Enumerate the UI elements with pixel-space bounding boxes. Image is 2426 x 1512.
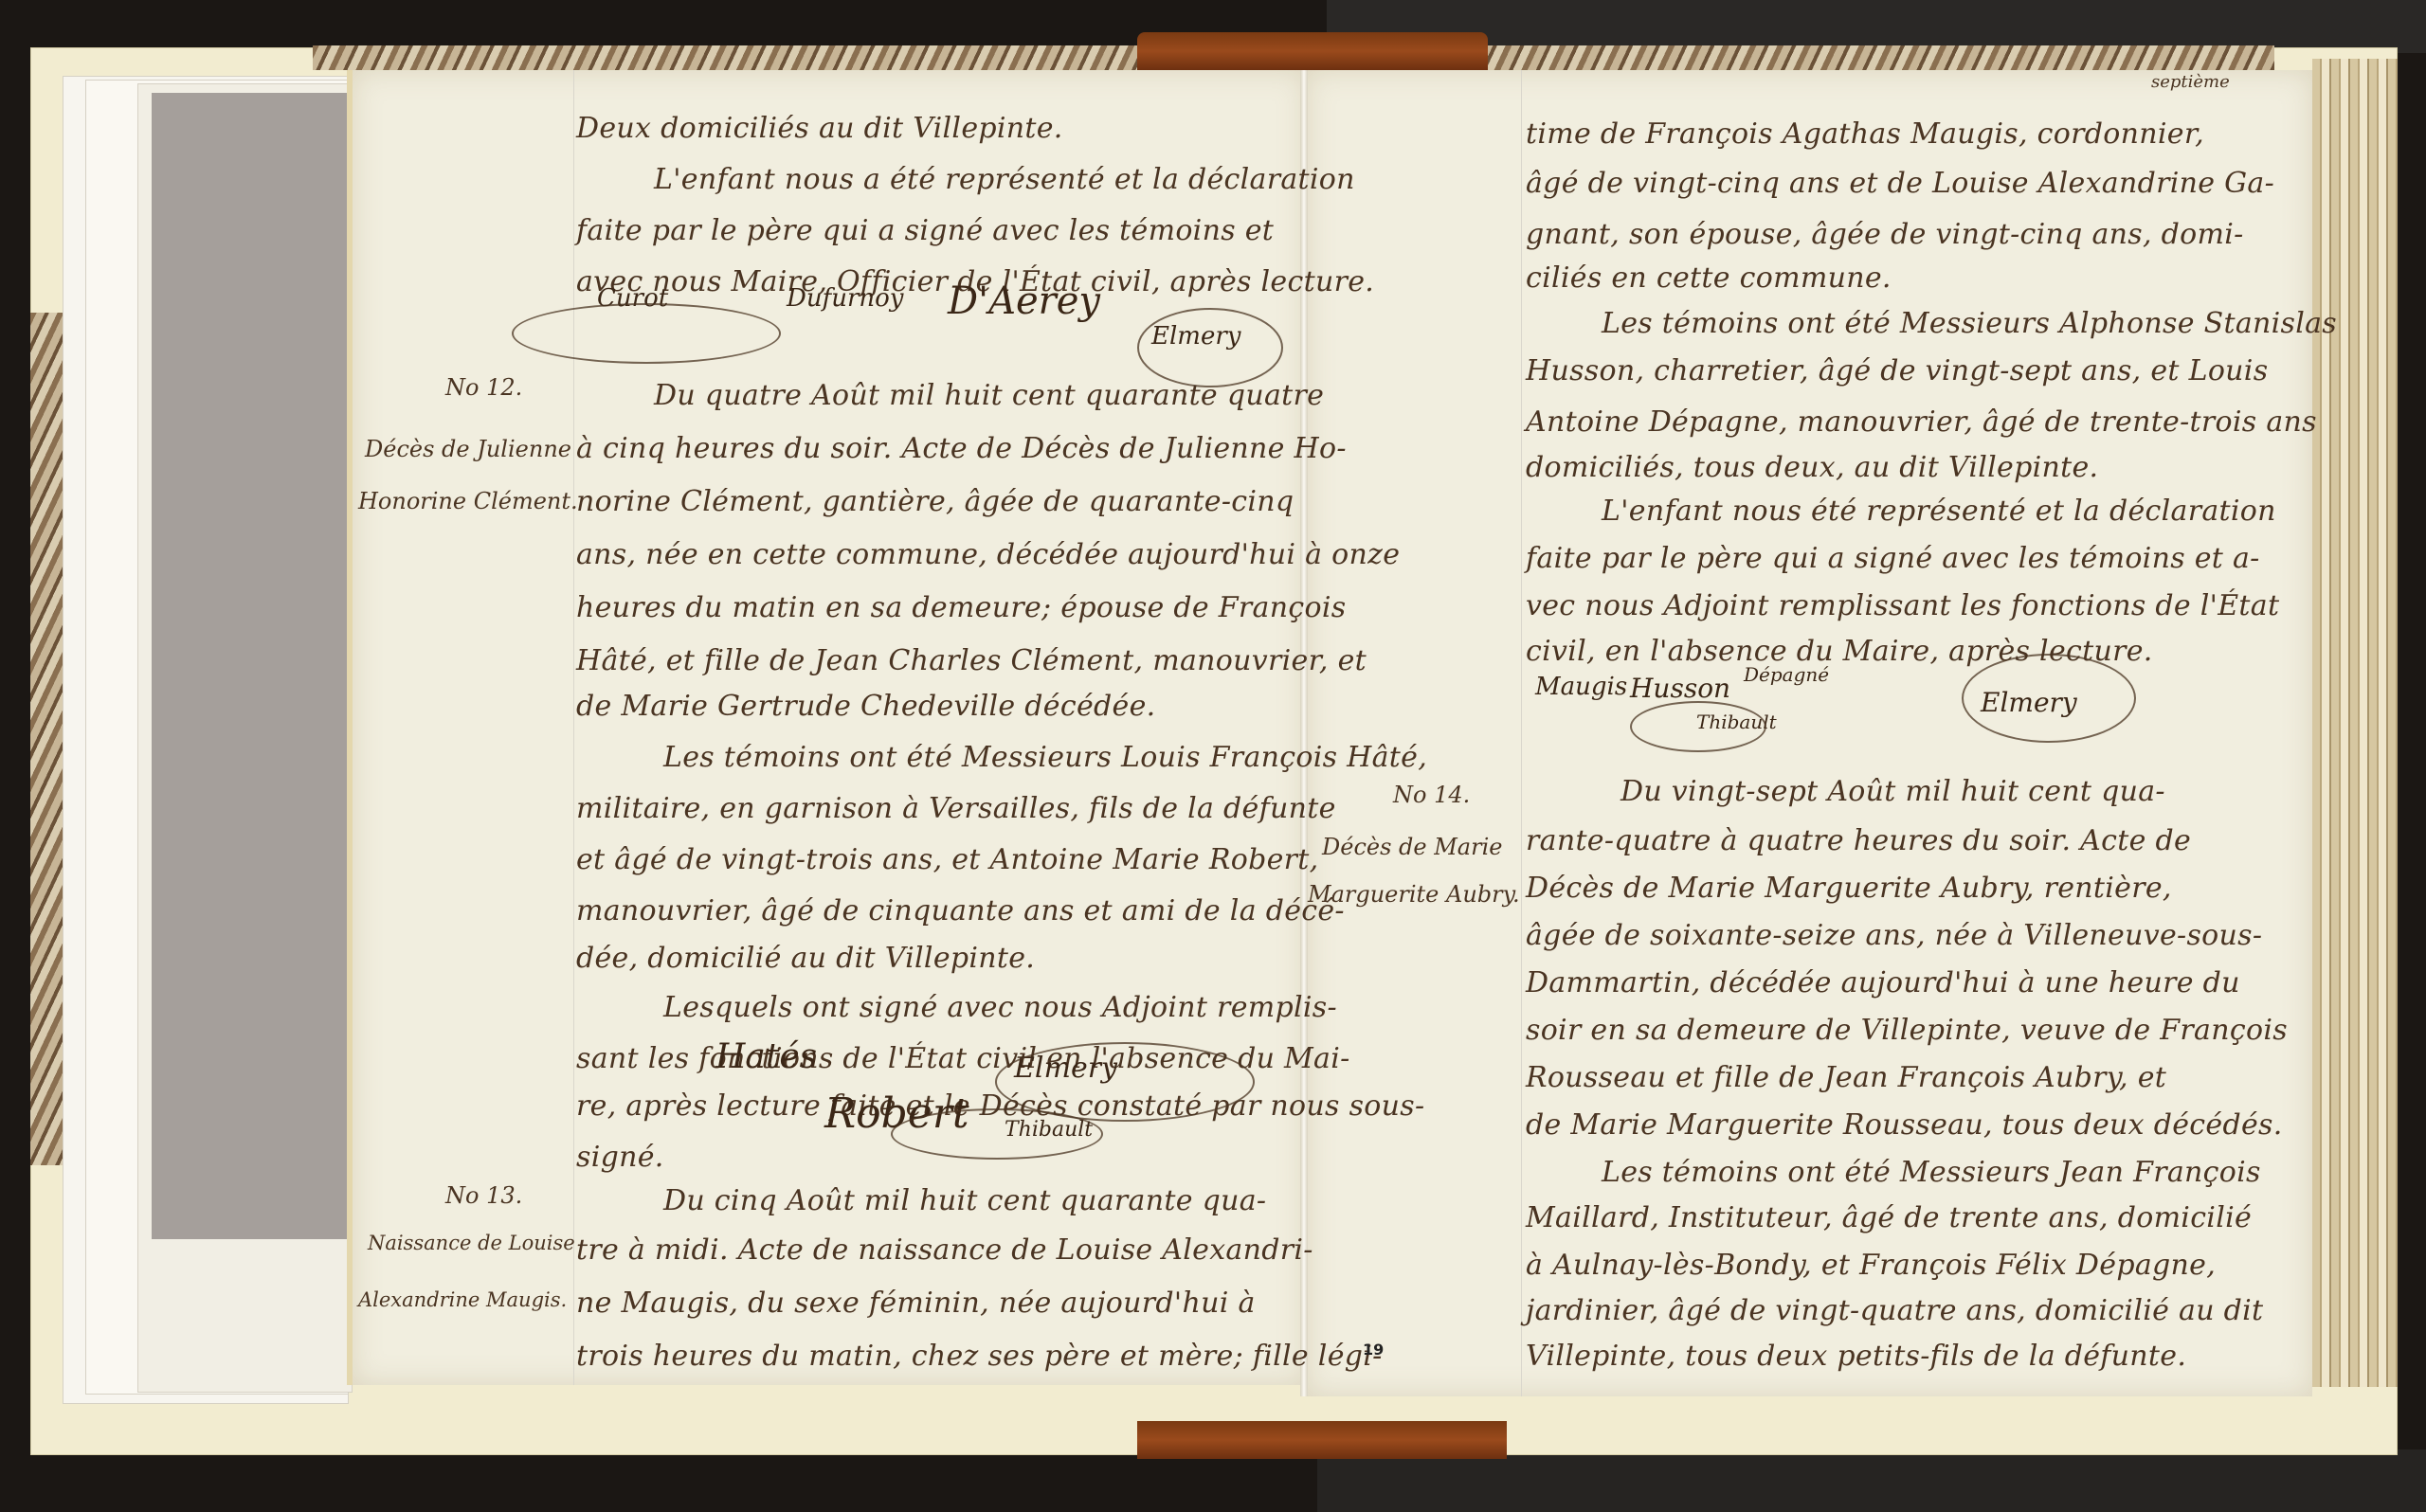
text-line: militaire, en garnison à Versailles, fil… <box>576 792 1336 825</box>
text-line: faite par le père qui a signé avec les t… <box>1526 542 2260 575</box>
folio-number: 19 <box>1363 1341 1384 1359</box>
margin-title: Honorine Clément. <box>358 488 578 514</box>
text-line: Du quatre Août mil huit cent quarante qu… <box>654 379 1324 412</box>
text-line: manouvrier, âgé de cinquante ans et ami … <box>576 894 1345 927</box>
text-line: Lesquels ont signé avec nous Adjoint rem… <box>663 991 1337 1024</box>
grey-reference-card <box>152 93 347 1239</box>
entry-number: No 14. <box>1393 782 1470 808</box>
margin-title: Décès de Julienne <box>365 436 571 462</box>
text-line: signé. <box>576 1141 664 1174</box>
entry-number: No 13. <box>445 1182 522 1209</box>
margin-title: Décès de Marie <box>1322 834 1502 860</box>
signature: Hatés <box>715 1037 817 1076</box>
text-line: Hâté, et fille de Jean Charles Clément, … <box>576 644 1367 677</box>
text-line: dée, domicilié au dit Villepinte. <box>576 942 1035 975</box>
leather-strap-top <box>1137 32 1488 70</box>
margin-title: Marguerite Aubry. <box>1308 881 1520 908</box>
text-line: et âgé de vingt-trois ans, et Antoine Ma… <box>576 843 1318 876</box>
signature: Dépagné <box>1744 663 1829 686</box>
text-line: trois heures du matin, chez ses père et … <box>576 1340 1383 1373</box>
text-line: de Marie Marguerite Rousseau, tous deux … <box>1526 1108 2283 1142</box>
text-line: ciliés en cette commune. <box>1526 261 1892 295</box>
text-line: ans, née en cette commune, décédée aujou… <box>576 538 1400 571</box>
text-line: Villepinte, tous deux petits-fils de la … <box>1526 1340 2186 1373</box>
text-line: Antoine Dépagne, manouvrier, âgé de tren… <box>1526 405 2317 439</box>
text-line: L'enfant nous été représenté et la décla… <box>1602 495 2276 528</box>
signature: D'Aerey <box>948 279 1100 323</box>
text-line: Maillard, Instituteur, âgé de trente ans… <box>1526 1201 2252 1234</box>
margin-title: Alexandrine Maugis. <box>358 1288 567 1311</box>
signature-flourish <box>512 303 781 364</box>
text-line: heures du matin en sa demeure; épouse de… <box>576 591 1346 624</box>
text-line: gnant, son épouse, âgée de vingt-cinq an… <box>1526 218 2244 251</box>
text-line: âgé de vingt-cinq ans et de Louise Alexa… <box>1526 167 2274 200</box>
text-line: à Aulnay-lès-Bondy, et François Félix Dé… <box>1526 1249 2216 1282</box>
text-line: Husson, charretier, âgé de vingt-sept an… <box>1526 354 2268 387</box>
text-line: de Marie Gertrude Chedeville décédée. <box>576 690 1155 723</box>
text-line: Deux domiciliés au dit Villepinte. <box>576 112 1063 145</box>
right-margin-rule <box>1521 70 1522 1396</box>
text-line: jardinier, âgé de vingt-quatre ans, domi… <box>1526 1294 2263 1327</box>
text-line: time de François Agathas Maugis, cordonn… <box>1526 117 2204 151</box>
margin-title: Naissance de Louise <box>368 1232 575 1254</box>
marbled-edge-left <box>30 313 63 1165</box>
signature-flourish <box>1962 654 2136 743</box>
text-line: soir en sa demeure de Villepinte, veuve … <box>1526 1014 2288 1047</box>
leather-strap-bottom <box>1137 1421 1507 1459</box>
signature-flourish <box>1137 308 1283 387</box>
text-line: âgée de soixante-seize ans, née à Villen… <box>1526 919 2262 952</box>
signature: Dufurnoy <box>787 284 903 313</box>
signature-flourish <box>891 1108 1103 1160</box>
text-line: Rousseau et fille de Jean François Aubry… <box>1526 1061 2166 1094</box>
text-line: Du cinq Août mil huit cent quarante qua- <box>663 1184 1266 1217</box>
text-line: Dammartin, décédée aujourd'hui à une heu… <box>1526 966 2240 999</box>
text-line: ne Maugis, du sexe féminin, née aujourd'… <box>576 1287 1256 1320</box>
text-line: domiciliés, tous deux, au dit Villepinte… <box>1526 451 2098 484</box>
marbled-edge-top-right <box>1478 45 2274 70</box>
text-line: Décès de Marie Marguerite Aubry, rentièr… <box>1526 872 2172 905</box>
text-line: Les témoins ont été Messieurs Alphonse S… <box>1602 307 2337 340</box>
left-margin-rule <box>573 70 574 1385</box>
text-line: à cinq heures du soir. Acte de Décès de … <box>576 432 1347 465</box>
signature-flourish <box>1630 701 1766 752</box>
text-line: vec nous Adjoint remplissant les fonctio… <box>1526 589 2279 622</box>
text-line: tre à midi. Acte de naissance de Louise … <box>576 1233 1313 1267</box>
text-line: L'enfant nous a été représenté et la déc… <box>654 163 1355 196</box>
text-line: Les témoins ont été Messieurs Louis Fran… <box>663 741 1427 774</box>
text-line: Les témoins ont été Messieurs Jean Franç… <box>1602 1156 2261 1189</box>
text-line: norine Clément, gantière, âgée de quaran… <box>576 485 1294 518</box>
signature: Maugis <box>1535 673 1627 701</box>
signature: Husson <box>1630 673 1730 704</box>
text-line: Du vingt-sept Août mil huit cent qua- <box>1620 775 2165 808</box>
text-line: rante-quatre à quatre heures du soir. Ac… <box>1526 824 2191 857</box>
page-fore-edges <box>2312 59 2398 1387</box>
text-line: faite par le père qui a signé avec les t… <box>576 214 1274 247</box>
entry-number: No 12. <box>445 374 522 401</box>
corner-note: septième <box>2151 72 2230 92</box>
